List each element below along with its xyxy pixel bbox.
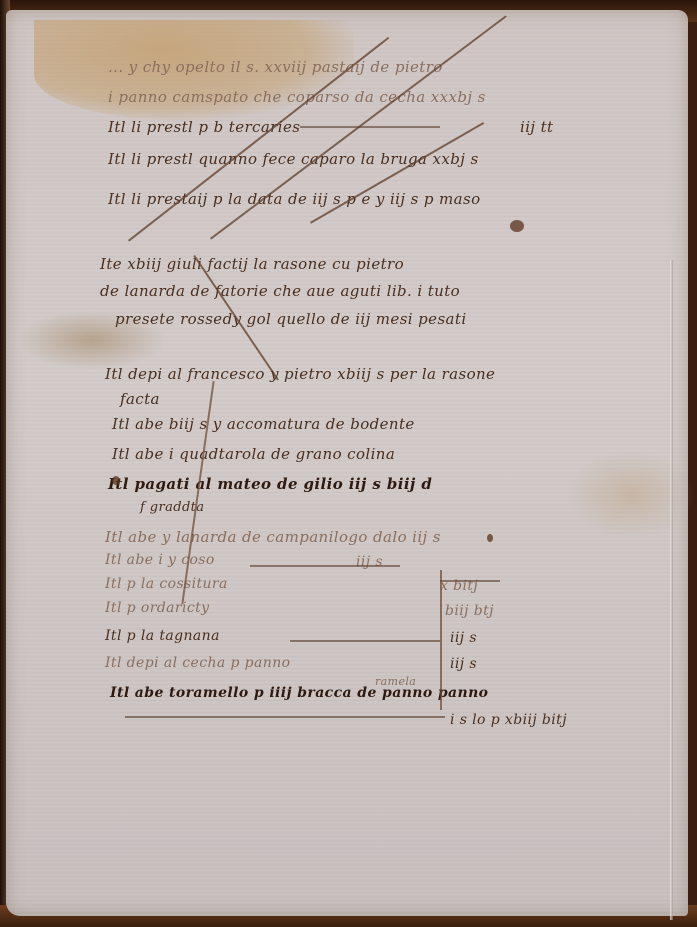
ledger-amount: biij btj	[445, 603, 494, 619]
ledger-line: de lanarda de fatorie che aue aguti lib.…	[100, 282, 460, 300]
ledger-total: i s lo p xbiij bitj	[450, 712, 567, 728]
ledger-line: Ite xbiij giuli factij la rasone cu piet…	[100, 255, 404, 273]
ledger-line: Itl abe biij s y accomatura de bodente	[112, 415, 415, 433]
manuscript-page	[6, 10, 688, 916]
ledger-amount: iij s	[450, 656, 477, 672]
ledger-line: Itl p la cossitura	[105, 576, 228, 592]
ledger-amount: iij s	[450, 630, 477, 646]
ledger-rule	[125, 716, 445, 718]
ledger-line: Itl p ordaricty	[105, 600, 209, 616]
ledger-line: Itl li prestaij p la data de iij s p e y…	[108, 190, 481, 208]
ledger-line: Itl abe i quadtarola de grano colina	[112, 445, 395, 463]
ink-blot	[510, 220, 524, 232]
ledger-line: Itl pagati al mateo de gilio iij s biij …	[108, 475, 432, 493]
page-fold	[670, 260, 673, 920]
ledger-line: Itl p la tagnana	[105, 628, 220, 644]
ledger-line: i panno camspato che coparso da cecha xx…	[108, 88, 486, 106]
ledger-line: Itl abe y lanarda de campanilogo dalo ii…	[105, 528, 441, 546]
ink-blot	[487, 534, 493, 542]
ledger-rule	[290, 640, 440, 642]
ledger-rule	[300, 126, 440, 128]
ledger-line: Itl depi al cecha p panno	[105, 655, 290, 671]
ledger-line: Itl abe toramello p iiij bracca de panno…	[110, 685, 488, 701]
ledger-rule	[440, 580, 500, 582]
ledger-line: facta	[120, 390, 160, 408]
ink-blot	[112, 476, 120, 485]
ledger-line: ... y chy opelto il s. xxviij pastaij de…	[108, 58, 443, 76]
water-stain	[566, 450, 696, 540]
ledger-line: presete rossedy gol quello de iij mesi p…	[115, 310, 467, 328]
insertion-note: ramela	[375, 675, 416, 688]
ledger-rule	[440, 570, 442, 710]
ledger-rule	[250, 565, 400, 567]
ledger-line: Itl abe i y coso	[105, 552, 215, 568]
ledger-amount: iij tt	[520, 118, 553, 136]
ledger-amount: iij s	[356, 554, 383, 570]
ledger-line: Itl depi al francesco y pietro xbiij s p…	[105, 365, 495, 383]
